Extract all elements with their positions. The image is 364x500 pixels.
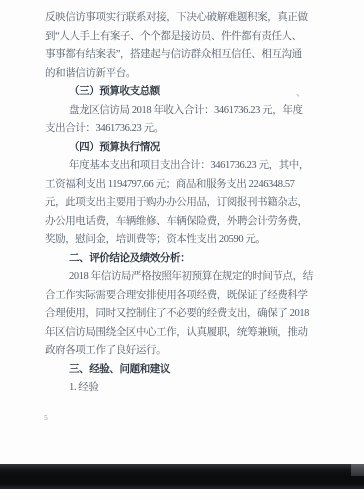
scan-edge-bar-highlight	[351, 464, 364, 476]
text-line: 事事都有结案表”，搭建起与信访群众相互信任、相互沟通	[45, 46, 301, 65]
heading-line: （三）预算收支总额	[45, 83, 301, 102]
page-number: 5	[44, 413, 48, 422]
document-page: 反映信访事项实行联系对接，下决心破解难题积案，真正做到“人人手上有案子、个个都是…	[0, 0, 364, 500]
text-block: 反映信访事项实行联系对接，下决心破解难题积案，真正做到“人人手上有案子、个个都是…	[45, 9, 301, 398]
text-line: 元，此项支出主要用于购办办公用品，订阅报刊书籍杂志，	[45, 194, 301, 213]
text-line: 支出合计：3461736.23 元。	[45, 120, 301, 139]
text-line: 政府各项工作了良好运行。	[45, 342, 301, 361]
text-line: 1. 经验	[45, 379, 301, 398]
text-line: 的和谐信访新平台。	[45, 65, 301, 84]
heading-line: 三、经验、问题和建议	[45, 361, 301, 380]
text-line: 盘龙区信访局 2018 年收入合计：3461736.23 元，年度	[45, 102, 301, 121]
text-line: 到“人人手上有案子、个个都是接访员、件件都有责任人、	[45, 28, 301, 47]
text-line: 合工作实际需要合理安排使用各项经费，既保证了经费科学	[45, 287, 301, 306]
text-line: 年区信访局围绕全区中心工作，认真履职，统筹兼顾，推动	[45, 324, 301, 343]
heading-line: （四）预算执行情况	[45, 139, 301, 158]
text-line: 工资福利支出 1194797.66 元；商品和服务支出 2246348.57	[45, 176, 301, 195]
heading-line: 二、评价结论及绩效分析：	[45, 250, 301, 269]
text-line: 合理使用，同时又控制住了不必要的经费支出，确保了 2018	[45, 305, 301, 324]
scan-edge-bar	[0, 464, 364, 489]
text-line: 2018 年信访局严格按照年初预算在规定的时间节点，结	[45, 268, 301, 287]
text-line: 反映信访事项实行联系对接，下决心破解难题积案，真正做	[45, 9, 301, 28]
text-line: 办公用电话费，车辆维修、车辆保险费，外聘会计劳务费，	[45, 213, 301, 232]
text-line: 奖励，慰问金，培训费等；资本性支出 20590 元。	[45, 231, 301, 250]
text-line: 年度基本支出和项目支出合计：3461736.23 元，其中，	[45, 157, 301, 176]
scan-artifact-mark: 、	[296, 84, 306, 99]
